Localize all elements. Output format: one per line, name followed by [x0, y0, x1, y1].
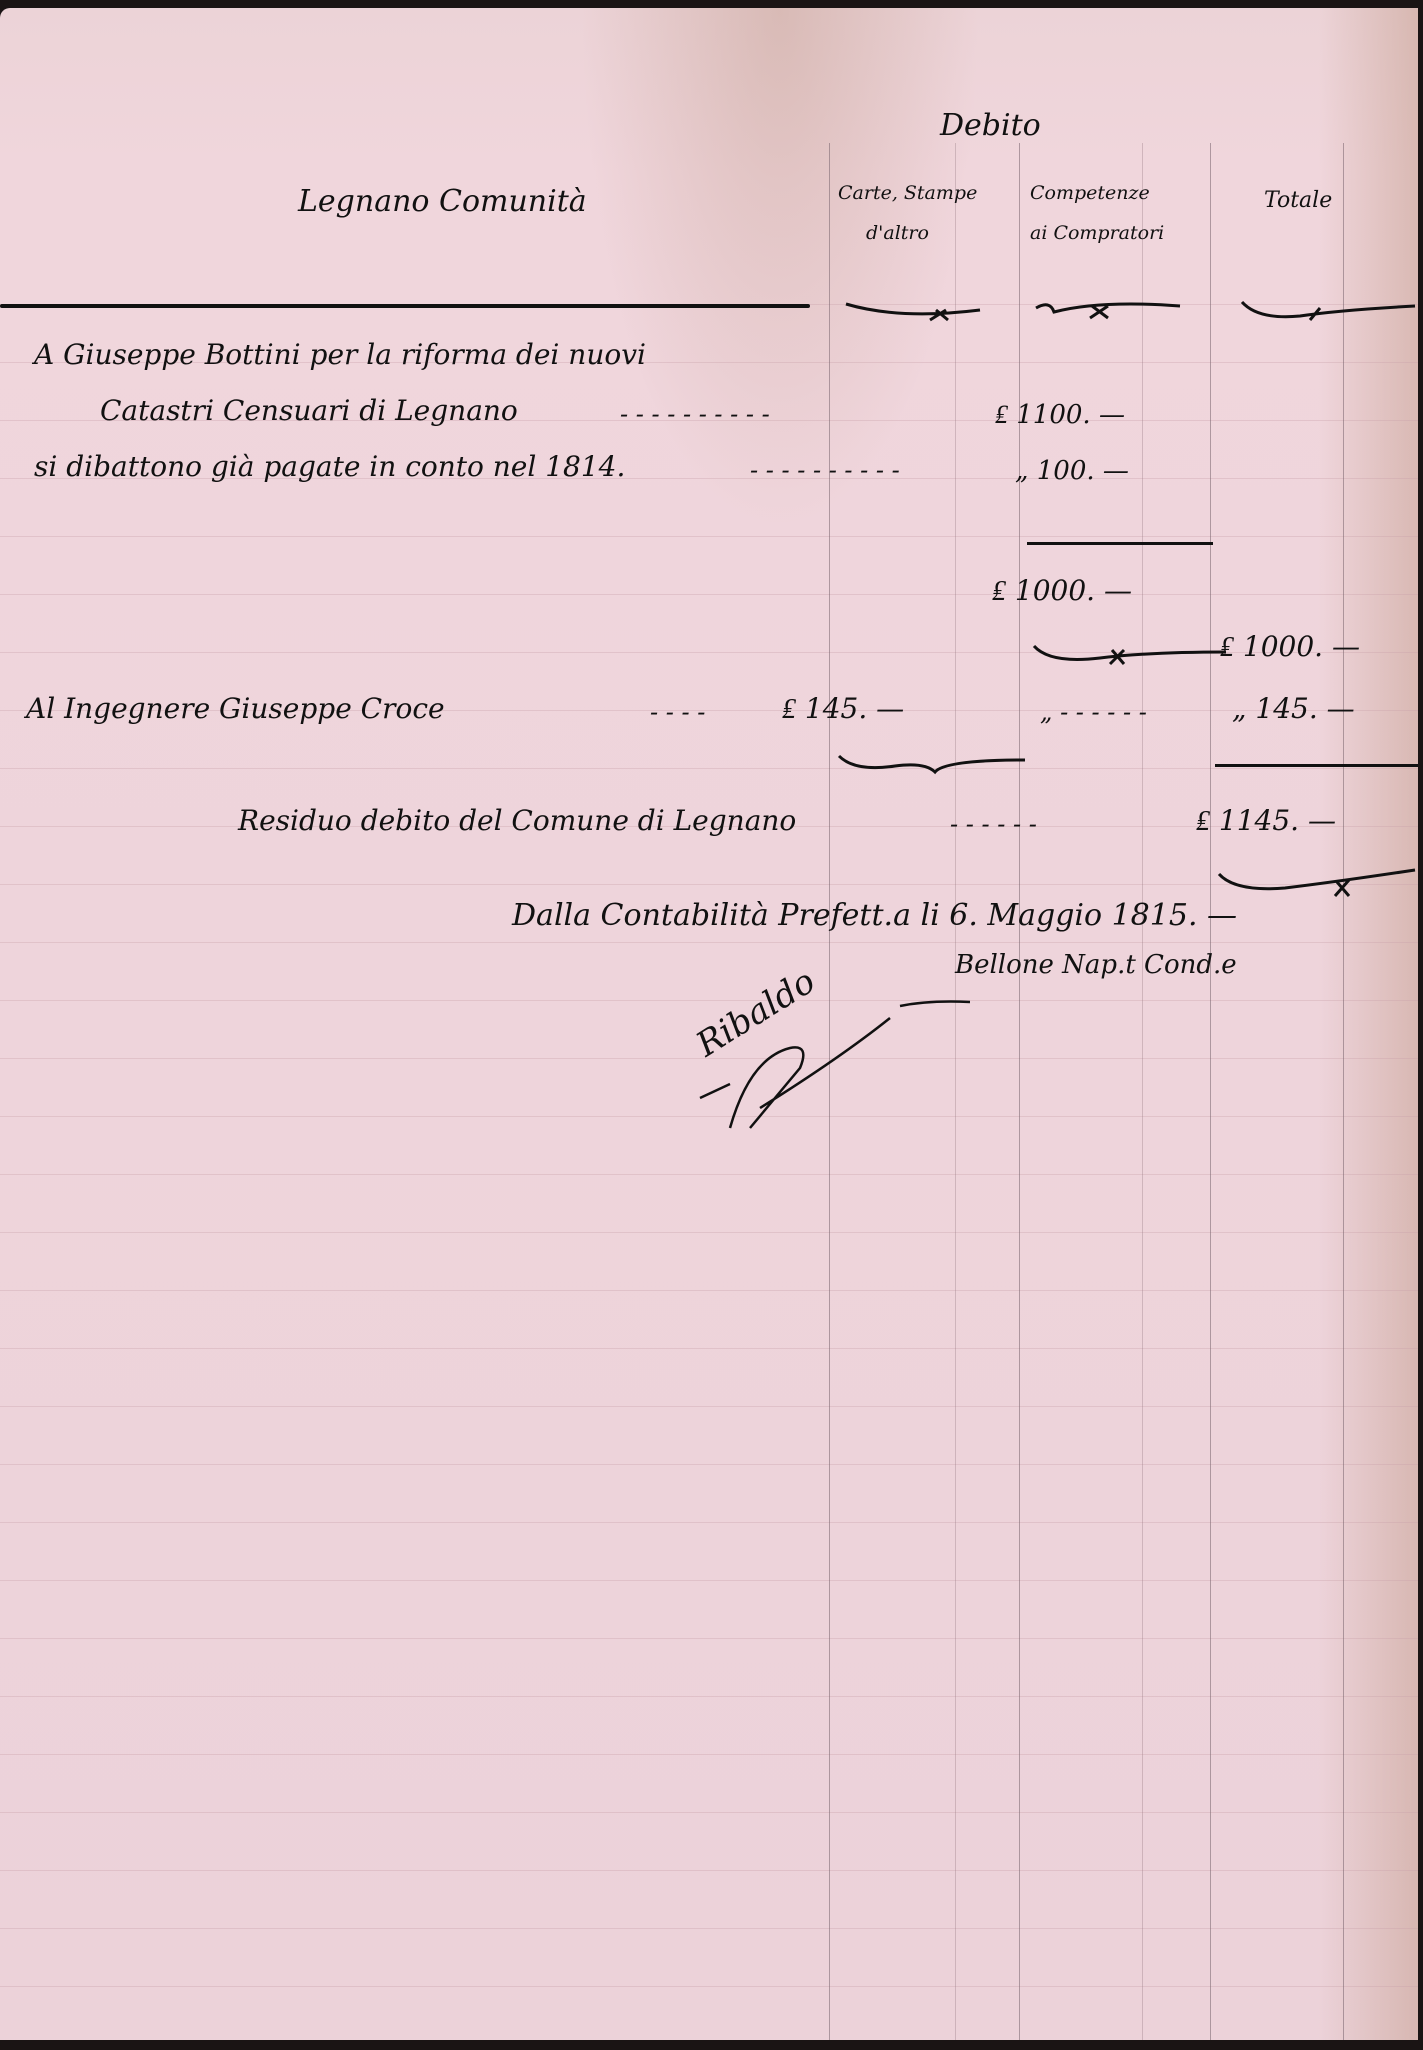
column-header-totale: Totale	[1264, 188, 1332, 213]
subtotal-1000: ₤ 1000. —	[992, 574, 1132, 608]
debito-group-label: Debito	[940, 108, 1041, 143]
entry-croce-line: Al Ingegnere Giuseppe Croce	[26, 692, 445, 725]
residual-flourish	[1215, 866, 1418, 906]
ruled-line	[0, 942, 1418, 943]
ruled-line	[0, 1870, 1418, 1871]
residual-amount-1145: ₤ 1145. —	[1196, 804, 1336, 838]
ruled-line	[0, 1290, 1418, 1291]
header-underline	[0, 304, 810, 308]
entry-bottini-line3: si dibattono già pagate in conto nel 181…	[34, 450, 625, 483]
ruled-line	[0, 1754, 1418, 1755]
column-rule	[1210, 143, 1211, 2040]
ruled-line	[0, 1986, 1418, 1987]
ruled-line	[0, 768, 1418, 769]
column-header-competenze-2: ai Compratori	[1030, 222, 1164, 244]
heading-left: Legnano Comunità	[298, 184, 587, 219]
total-rule	[1215, 764, 1418, 767]
carried-total-1000: ₤ 1000. —	[1220, 630, 1360, 664]
column-rule	[1343, 143, 1344, 2040]
column-rule	[1142, 143, 1143, 2040]
dateline: Dalla Contabilità Prefett.a li 6. Maggio…	[512, 898, 1237, 933]
signature-clerk: Bellone Nap.t Cond.e	[955, 950, 1237, 980]
column-header-flourishes	[840, 298, 1418, 338]
ruled-line	[0, 1696, 1418, 1697]
leader-dashes: - - - - - - - - - -	[620, 400, 770, 428]
entry-bottini-line1: A Giuseppe Bottini per la riforma dei nu…	[34, 338, 646, 371]
ruled-line	[0, 884, 1418, 885]
subtotal-flourish	[1030, 634, 1230, 674]
signature-flourish	[690, 998, 970, 1148]
leader-dashes: - - - -	[650, 698, 705, 726]
ruled-line	[0, 1812, 1418, 1813]
leader-dashes: - - - - - -	[950, 810, 1037, 838]
entry-flourish	[835, 750, 1035, 780]
ruled-line	[0, 536, 1418, 537]
ledger-page: Legnano Comunità Debito Carte, Stampe d'…	[0, 8, 1418, 2040]
ruled-line	[0, 1928, 1418, 1929]
ruled-line	[0, 1406, 1418, 1407]
leader-dashes: „ - - - - - -	[1040, 698, 1147, 726]
column-header-competenze: Competenze	[1030, 182, 1150, 204]
leader-dashes: - - - - - - - - - -	[750, 456, 900, 484]
column-header-carte-2: d'altro	[866, 222, 929, 244]
amount-145: ₤ 145. —	[782, 692, 904, 726]
amount-100: „ 100. —	[1015, 456, 1129, 486]
ruled-line	[0, 1174, 1418, 1175]
ruled-line	[0, 1348, 1418, 1349]
ruled-line	[0, 1522, 1418, 1523]
ruled-line	[0, 1232, 1418, 1233]
subtotal-rule	[1027, 542, 1213, 545]
total-145: „ 145. —	[1232, 692, 1355, 725]
residual-label: Residuo debito del Comune di Legnano	[238, 804, 796, 837]
ruled-line	[0, 1464, 1418, 1465]
ruled-line	[0, 1580, 1418, 1581]
entry-bottini-line2: Catastri Censuari di Legnano	[100, 394, 518, 427]
amount-1100: ₤ 1100. —	[995, 400, 1125, 430]
ruled-line	[0, 1638, 1418, 1639]
column-header-carte: Carte, Stampe	[838, 182, 977, 204]
ruled-line	[0, 594, 1418, 595]
